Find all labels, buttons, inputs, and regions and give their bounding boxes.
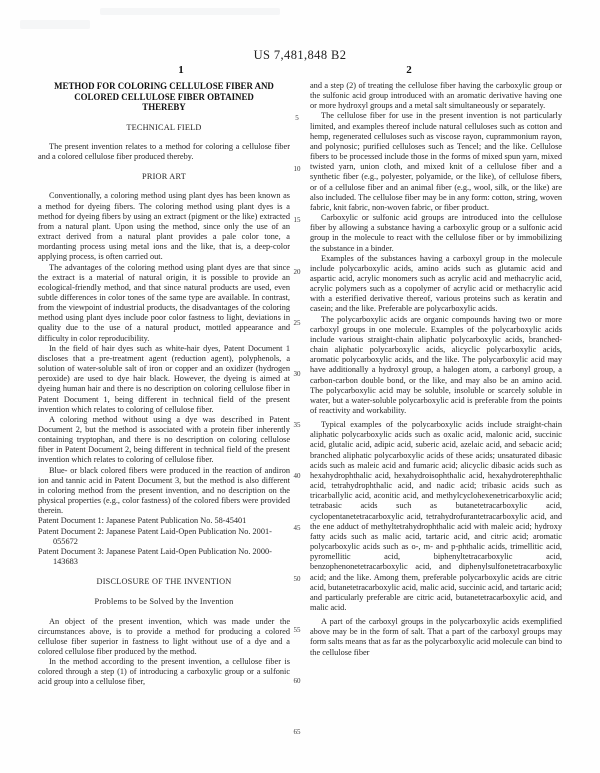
section-heading: PRIOR ART bbox=[38, 172, 290, 182]
line-number: 35 bbox=[288, 421, 306, 429]
line-number: 60 bbox=[288, 677, 306, 685]
paragraph-continued: and a step (2) of treating the cellulose… bbox=[310, 81, 562, 111]
line-number-gutter: 5101520253035404550556065 bbox=[288, 0, 306, 773]
paragraph: An object of the present invention, whic… bbox=[38, 617, 290, 658]
column-number-1: 1 bbox=[55, 64, 307, 76]
paragraph: The polycarboxylic acids are organic com… bbox=[310, 315, 562, 417]
section-heading: TECHNICAL FIELD bbox=[38, 123, 290, 133]
line-number: 45 bbox=[288, 524, 306, 532]
line-number: 20 bbox=[288, 268, 306, 276]
left-column: 1 METHOD FOR COLORING CELLULOSE FIBER AN… bbox=[38, 64, 290, 688]
paragraph: In the method according to the present i… bbox=[38, 657, 290, 687]
line-number: 40 bbox=[288, 472, 306, 480]
scan-noise-top bbox=[100, 8, 280, 15]
patent-reference: Patent Document 1: Japanese Patent Publi… bbox=[38, 516, 290, 526]
paragraph: In the field of hair dyes such as white-… bbox=[38, 344, 290, 415]
line-number: 10 bbox=[288, 165, 306, 173]
line-number: 30 bbox=[288, 370, 306, 378]
right-column-blocks: and a step (2) of treating the cellulose… bbox=[310, 81, 562, 658]
paragraph: Conventionally, a coloring method using … bbox=[38, 191, 290, 262]
scan-noise-top-2 bbox=[20, 20, 90, 29]
left-column-blocks: METHOD FOR COLORING CELLULOSE FIBER AND … bbox=[38, 81, 290, 688]
paragraph: The present invention relates to a metho… bbox=[38, 142, 290, 162]
paragraph: Examples of the substances having a carb… bbox=[310, 254, 562, 315]
paragraph: A coloring method without using a dye wa… bbox=[38, 415, 290, 466]
line-number: 65 bbox=[288, 728, 306, 736]
patent-page: US 7,481,848 B2 1 METHOD FOR COLORING CE… bbox=[0, 0, 600, 773]
section-heading: DISCLOSURE OF THE INVENTION bbox=[38, 577, 290, 587]
paragraph: Carboxylic or sulfonic acid groups are i… bbox=[310, 213, 562, 254]
column-number-2: 2 bbox=[283, 64, 535, 76]
line-number: 15 bbox=[288, 216, 306, 224]
line-number: 25 bbox=[288, 319, 306, 327]
line-number: 50 bbox=[288, 575, 306, 583]
line-number: 5 bbox=[288, 114, 306, 122]
right-column: 2 and a step (2) of treating the cellulo… bbox=[310, 64, 562, 658]
paragraph: The cellulose fiber for use in the prese… bbox=[310, 111, 562, 213]
invention-title: METHOD FOR COLORING CELLULOSE FIBER AND … bbox=[54, 81, 274, 113]
patent-reference: Patent Document 3: Japanese Patent Laid-… bbox=[38, 547, 290, 567]
paragraph: A part of the carboxyl groups in the pol… bbox=[310, 617, 562, 658]
paragraph: Typical examples of the polycarboxylic a… bbox=[310, 420, 562, 613]
paragraph: Blue- or black colored fibers were produ… bbox=[38, 466, 290, 517]
line-number: 55 bbox=[288, 626, 306, 634]
sub-heading: Problems to be Solved by the Invention bbox=[38, 597, 290, 607]
paragraph: The advantages of the coloring method us… bbox=[38, 263, 290, 344]
patent-reference: Patent Document 2: Japanese Patent Laid-… bbox=[38, 527, 290, 547]
